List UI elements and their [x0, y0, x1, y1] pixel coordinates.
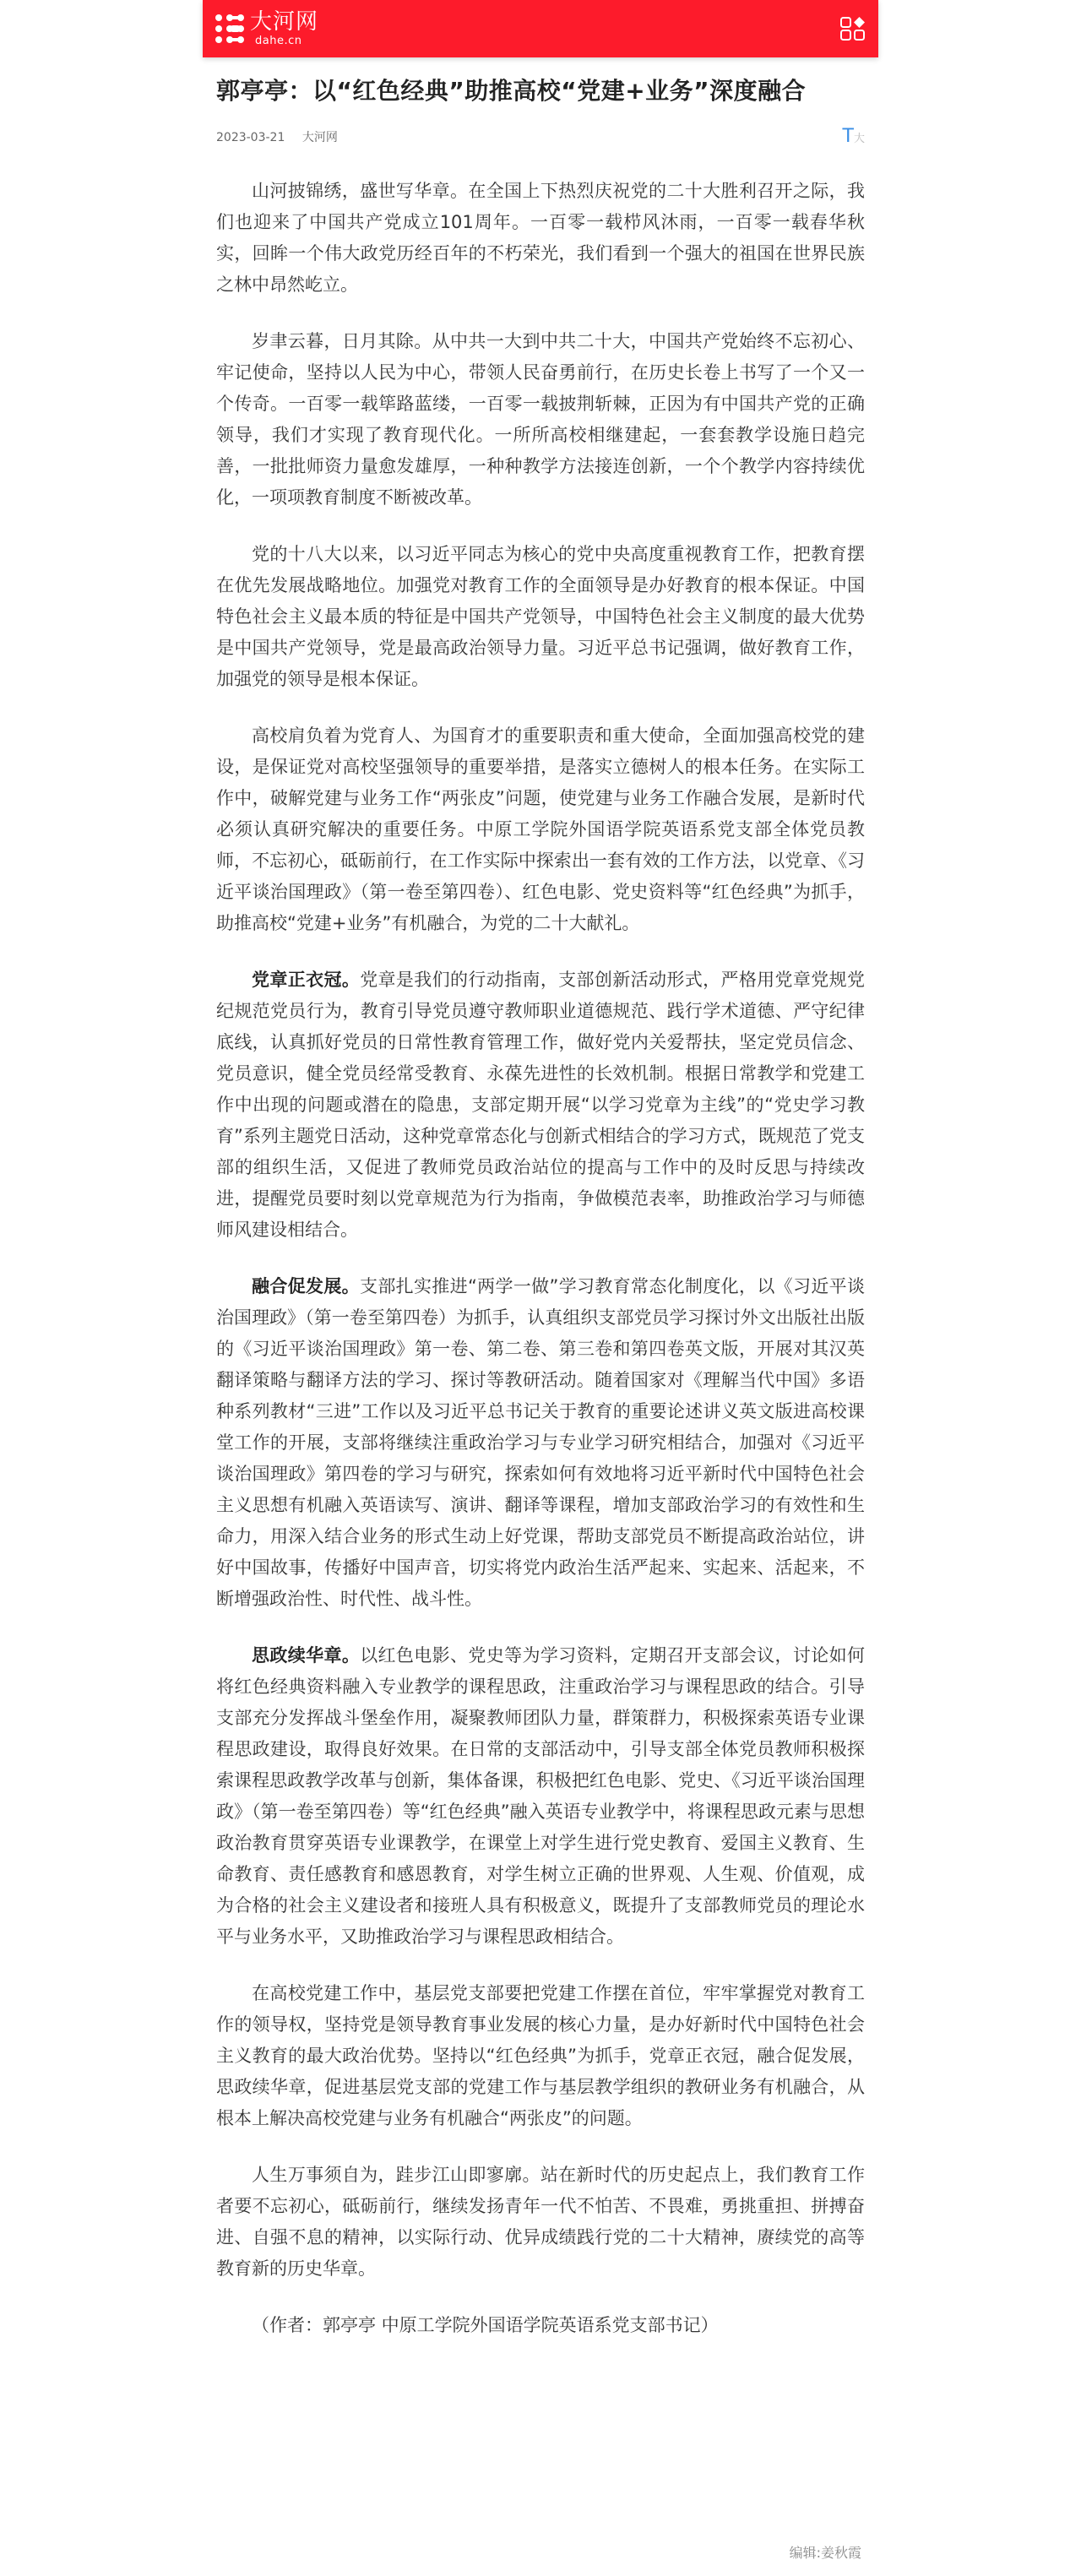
paragraph: 融合促发展。支部扎实推进“两学一做”学习教育常态化制度化，以《习近平谈治国理政》… — [216, 1271, 865, 1615]
article-meta: 2023-03-21 大河网 T 大 — [216, 126, 865, 147]
paragraph-lead: 思政续华章。 — [252, 1645, 360, 1666]
paragraph: 思政续华章。以红色电影、党史等为学习资料，定期召开支部会议，讨论如何将红色经典资… — [216, 1640, 865, 1953]
grid-menu-icon[interactable] — [839, 15, 866, 42]
page: 大河网 dahe.cn 郭亭亭：以“红色经典”助推高校“党建+业务”深度融合 2… — [203, 0, 878, 2576]
paragraph: 在高校党建工作中，基层党支部要把党建工作摆在首位，牢牢掌握党对教育工作的领导权，… — [216, 1978, 865, 2134]
paragraph: 岁聿云暮，日月其除。从中共一大到中共二十大，中国共产党始终不忘初心、牢记使命，坚… — [216, 326, 865, 514]
font-size-icon: T — [843, 126, 854, 147]
logo-text-en: dahe.cn — [255, 35, 318, 46]
paragraph: 党的十八大以来，以习近平同志为核心的党中央高度重视教育工作，把教育摆在优先发展战… — [216, 539, 865, 695]
article-title: 郭亭亭：以“红色经典”助推高校“党建+业务”深度融合 — [216, 74, 865, 107]
font-size-label: 大 — [854, 129, 865, 145]
logo-text-cn: 大河网 — [250, 11, 318, 33]
article-body: 山河披锦绣，盛世写华章。在全国上下热烈庆祝党的二十大胜利召开之际，我们也迎来了中… — [216, 176, 865, 2341]
paragraph-lead: 融合促发展。 — [252, 1276, 360, 1296]
dahe-logo-icon — [215, 14, 245, 44]
article: 郭亭亭：以“红色经典”助推高校“党建+业务”深度融合 2023-03-21 大河… — [203, 74, 878, 2341]
paragraph: 党章正衣冠。党章是我们的行动指南，支部创新活动形式，严格用党章党规党纪规范党员行… — [216, 965, 865, 1246]
font-size-toggle-button[interactable]: T 大 — [843, 126, 865, 147]
editor-credit: 编辑:姜秋霞 — [790, 2542, 861, 2562]
author-note: （作者：郭亭亭 中原工学院外国语学院英语系党支部书记） — [216, 2310, 865, 2341]
site-header: 大河网 dahe.cn — [203, 0, 878, 57]
paragraph-lead: 党章正衣冠。 — [252, 970, 360, 990]
article-source: 大河网 — [302, 131, 338, 144]
publish-date: 2023-03-21 — [216, 131, 285, 144]
site-logo[interactable]: 大河网 dahe.cn — [215, 11, 318, 46]
paragraph: 山河披锦绣，盛世写华章。在全国上下热烈庆祝党的二十大胜利召开之际，我们也迎来了中… — [216, 176, 865, 301]
paragraph: 高校肩负着为党育人、为国育才的重要职责和重大使命，全面加强高校党的建设，是保证党… — [216, 720, 865, 939]
paragraph: 人生万事须自为，跬步江山即寥廓。站在新时代的历史起点上，我们教育工作者要不忘初心… — [216, 2160, 865, 2285]
